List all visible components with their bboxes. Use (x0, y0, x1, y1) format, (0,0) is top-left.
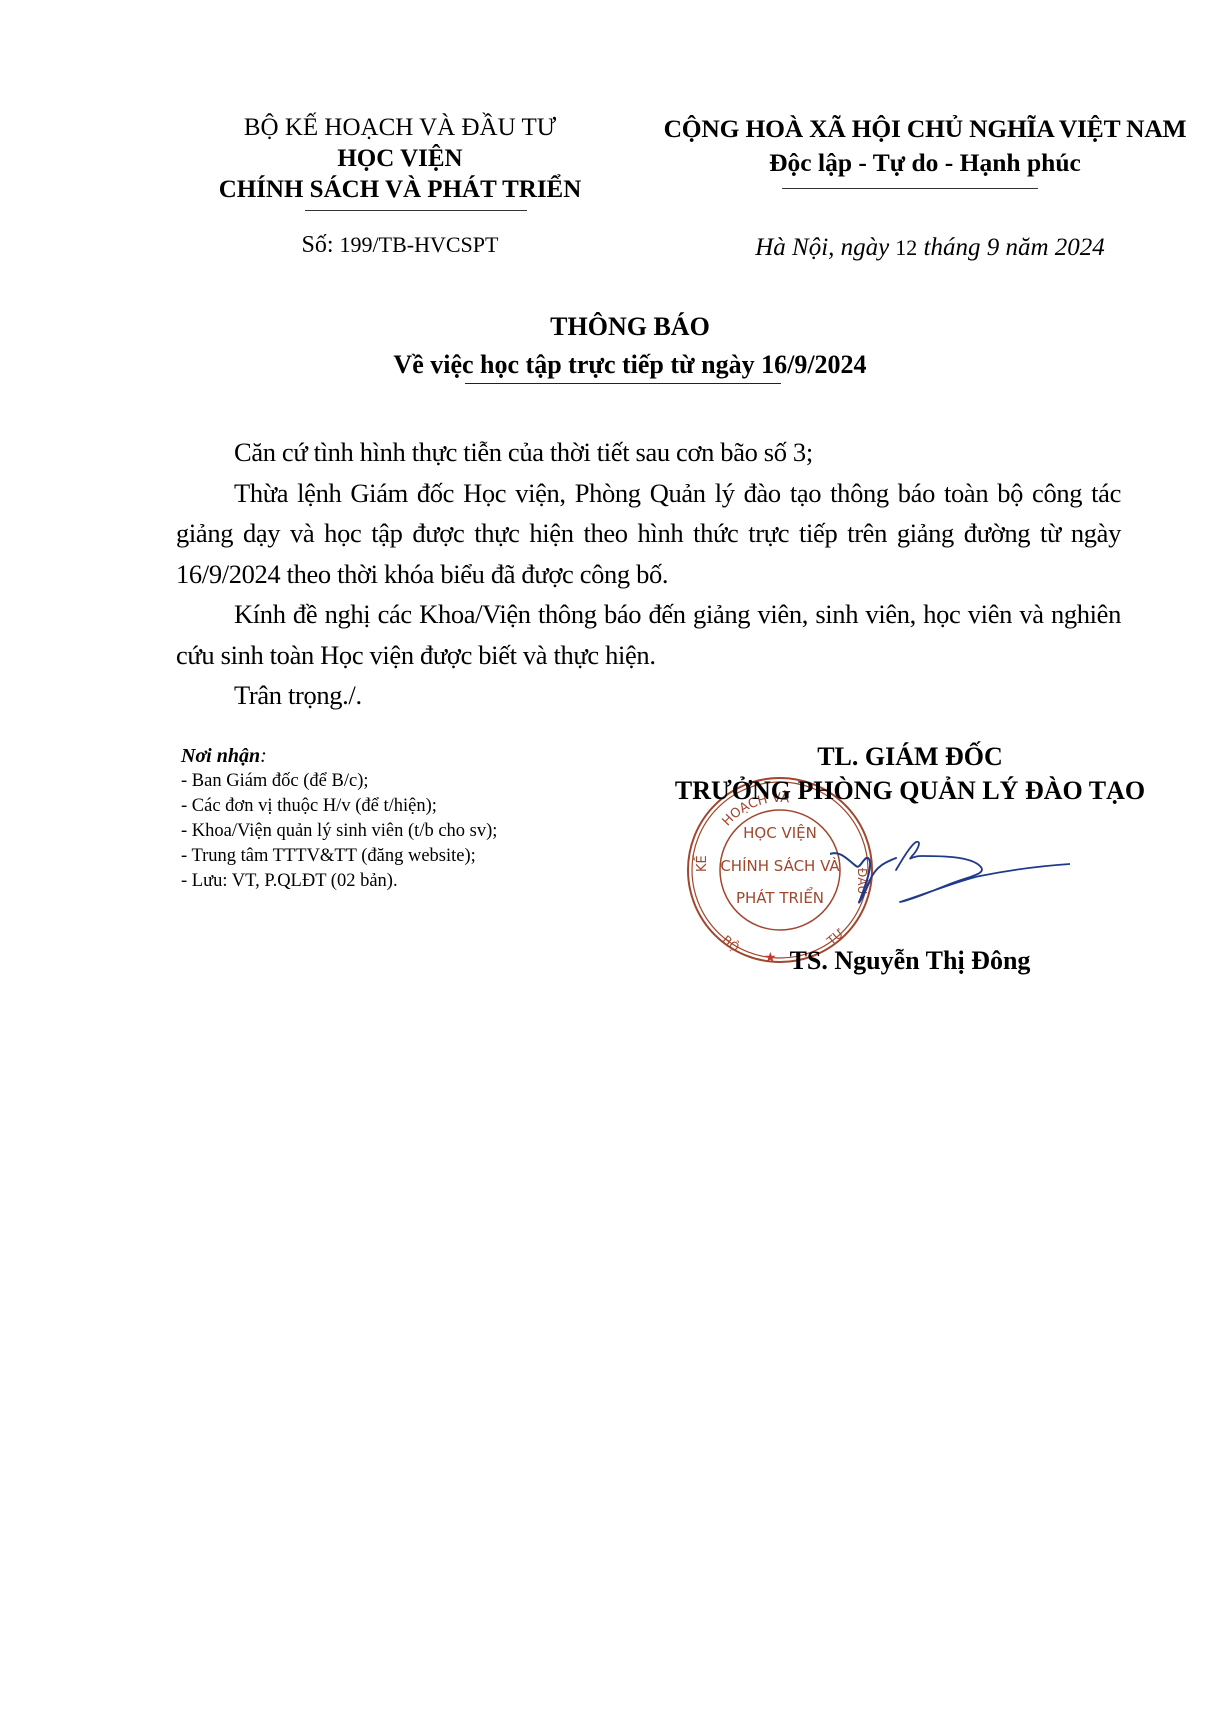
svg-text:CHÍNH SÁCH VÀ: CHÍNH SÁCH VÀ (720, 856, 840, 875)
body-paragraph: Kính đề nghị các Khoa/Viện thông báo đến… (176, 594, 1121, 675)
recipients-list: Nơi nhận: - Ban Giám đốc (để B/c); - Các… (181, 744, 621, 894)
document-title: THÔNG BÁO Về việc học tập trực tiếp từ n… (300, 308, 960, 384)
recipient-item: - Lưu: VT, P.QLĐT (02 bản). (181, 869, 621, 894)
svg-text:KẾ: KẾ (693, 854, 710, 872)
recipient-item: - Các đơn vị thuộc H/v (để t/hiện); (181, 794, 621, 819)
body-paragraph: Trân trọng./. (176, 675, 1121, 716)
recipients-title: Nơi nhận: (181, 744, 621, 769)
place-date: Hà Nội, ngày12 tháng 9 năm 2024 (630, 234, 1226, 262)
date-month-label: tháng (924, 234, 981, 261)
body-paragraph: Căn cứ tình hình thực tiễn của thời tiết… (176, 432, 1121, 473)
date-year-label: năm (1005, 234, 1048, 261)
document-number-label: Số: (302, 232, 334, 258)
signatory-position: TRƯỞNG PHÒNG QUẢN LÝ ĐÀO TẠO (630, 774, 1190, 808)
handwritten-signature-icon (830, 836, 1070, 926)
recipient-item: - Khoa/Viện quản lý sinh viên (t/b cho s… (181, 819, 621, 844)
recipient-item: - Trung tâm TTTV&TT (đăng website); (181, 844, 621, 869)
date-place-prefix: Hà Nội, ngày (755, 234, 889, 261)
title-divider (465, 383, 781, 384)
national-header: CỘNG HOÀ XÃ HỘI CHỦ NGHĨA VIỆT NAM Độc l… (630, 112, 1220, 180)
recipient-item: - Ban Giám đốc (để B/c); (181, 769, 621, 794)
signer-name: TS. Nguyễn Thị Đông (630, 946, 1190, 976)
document-number: Số: 199/TB-HVCSPT (180, 232, 620, 259)
national-motto: Độc lập - Tự do - Hạnh phúc (630, 146, 1220, 180)
date-month: 9 (987, 234, 1000, 261)
date-year: 2024 (1055, 234, 1105, 261)
body-paragraph: Thừa lệnh Giám đốc Học viện, Phòng Quản … (176, 473, 1121, 595)
motto-divider (782, 188, 1038, 189)
svg-text:HỌC VIỆN: HỌC VIỆN (743, 823, 817, 842)
svg-text:PHÁT TRIỂN: PHÁT TRIỂN (736, 886, 824, 907)
document-subject: Về việc học tập trực tiếp từ ngày 16/9/2… (300, 346, 960, 384)
document-body: Căn cứ tình hình thực tiễn của thời tiết… (176, 432, 1121, 716)
institution-name-line1: HỌC VIỆN (180, 143, 620, 174)
institution-name-line2: CHÍNH SÁCH VÀ PHÁT TRIỂN (180, 174, 620, 205)
republic-name: CỘNG HOÀ XÃ HỘI CHỦ NGHĨA VIỆT NAM (630, 112, 1220, 146)
authority-divider (305, 210, 527, 211)
issuing-authority: BỘ KẾ HOẠCH VÀ ĐẦU TƯ HỌC VIỆN CHÍNH SÁC… (180, 112, 620, 205)
ministry-name: BỘ KẾ HOẠCH VÀ ĐẦU TƯ (180, 112, 620, 143)
document-number-value: 199/TB-HVCSPT (340, 232, 499, 257)
document-type-heading: THÔNG BÁO (300, 308, 960, 346)
date-day: 12 (895, 235, 917, 260)
signatory-authority: TL. GIÁM ĐỐC (630, 740, 1190, 774)
signature-block: TL. GIÁM ĐỐC TRƯỞNG PHÒNG QUẢN LÝ ĐÀO TẠ… (630, 740, 1190, 808)
